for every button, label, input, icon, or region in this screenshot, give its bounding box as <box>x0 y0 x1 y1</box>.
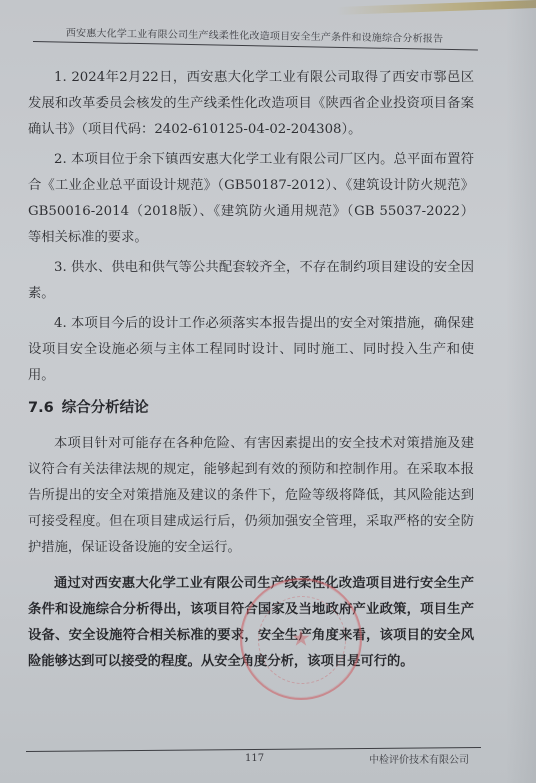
document-page: 西安惠大化学工业有限公司生产线柔性化改造项目安全生产条件和设施综合分析报告 1.… <box>0 0 536 783</box>
conclusion-paragraph: 通过对西安惠大化学工业有限公司生产线柔性化改造项目进行安全生产条件和设施综合分析… <box>28 571 474 675</box>
footer-company: 中检评价技术有限公司 <box>369 751 469 766</box>
list-item-2: 2. 本项目位于余下镇西安惠大化学工业有限公司厂区内。总平面布置符合《工业企业总… <box>28 147 474 251</box>
document-body: 1. 2024年2月22日，西安惠大化学工业有限公司取得了西安市鄠邑区发展和改革… <box>28 65 474 675</box>
section-heading: 7.6综合分析结论 <box>28 395 474 421</box>
section-title: 综合分析结论 <box>62 400 149 416</box>
list-item-1: 1. 2024年2月22日，西安惠大化学工业有限公司取得了西安市鄠邑区发展和改革… <box>28 65 474 143</box>
page-shading <box>506 0 536 783</box>
section-number: 7.6 <box>28 400 54 416</box>
list-item-4: 4. 本项目今后的设计工作必须落实本报告提出的安全对策措施，确保建设项目安全设施… <box>28 311 474 389</box>
list-item-3: 3. 供水、供电和供气等公共配套较齐全，不存在制约项目建设的安全因素。 <box>28 255 474 307</box>
analysis-paragraph: 本项目针对可能存在各种危险、有害因素提出的安全技术对策措施及建议符合有关法律法规… <box>28 431 474 561</box>
page-number: 117 <box>245 753 264 764</box>
